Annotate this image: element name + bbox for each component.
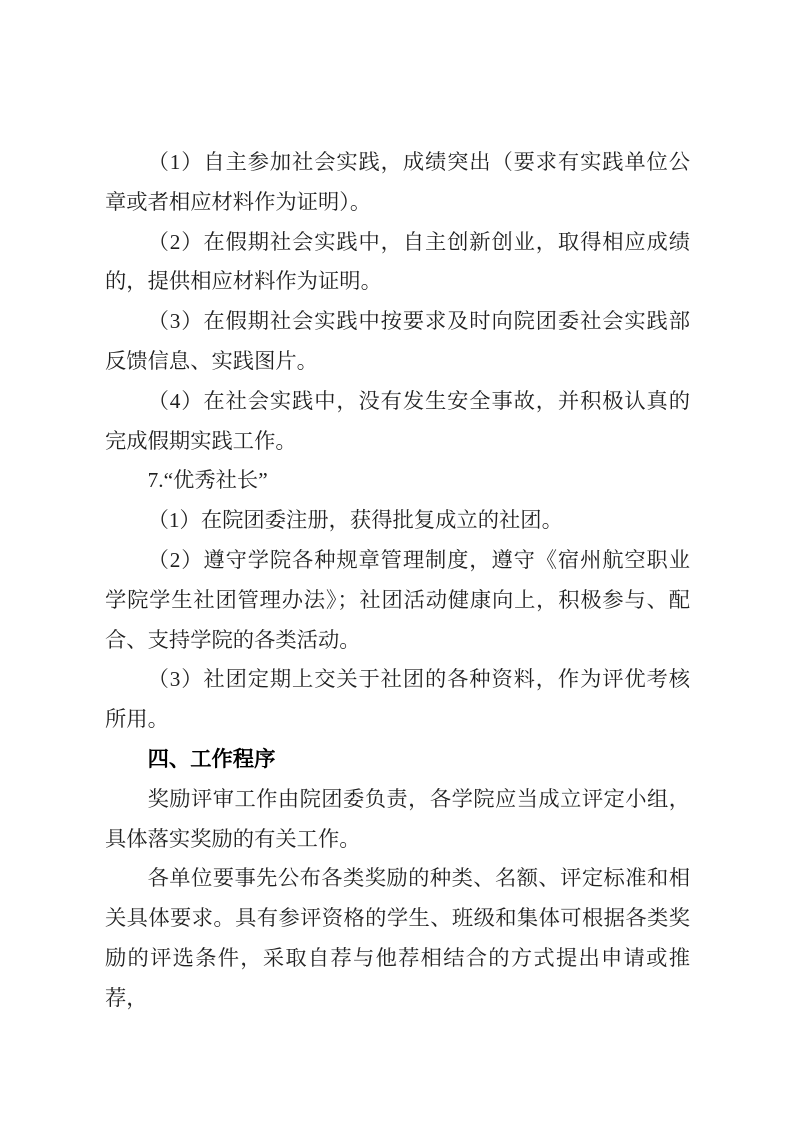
section-heading: 四、工作程序 — [105, 740, 690, 780]
document-page: （1）自主参加社会实践，成绩突出（要求有实践单位公章或者相应材料作为证明）。 （… — [0, 0, 793, 1122]
paragraph-procedure-1: 奖励评审工作由院团委负责，各学院应当成立评定小组，具体落实奖励的有关工作。 — [105, 780, 690, 860]
paragraph-award-title-7: 7.“优秀社长” — [105, 461, 690, 501]
paragraph-practice-item-1: （1）自主参加社会实践，成绩突出（要求有实践单位公章或者相应材料作为证明）。 — [105, 143, 690, 223]
paragraph-practice-item-4: （4）在社会实践中，没有发生安全事故，并积极认真的完成假期实践工作。 — [105, 382, 690, 462]
document-body: （1）自主参加社会实践，成绩突出（要求有实践单位公章或者相应材料作为证明）。 （… — [105, 143, 690, 1019]
paragraph-club-item-2: （2）遵守学院各种规章管理制度，遵守《宿州航空职业学院学生社团管理办法》；社团活… — [105, 541, 690, 660]
paragraph-practice-item-3: （3）在假期社会实践中按要求及时向院团委社会实践部反馈信息、实践图片。 — [105, 302, 690, 382]
paragraph-club-item-3: （3）社团定期上交关于社团的各种资料，作为评优考核所用。 — [105, 660, 690, 740]
paragraph-procedure-2: 各单位要事先公布各类奖励的种类、名额、评定标准和相关具体要求。具有参评资格的学生… — [105, 859, 690, 1018]
paragraph-practice-item-2: （2）在假期社会实践中，自主创新创业，取得相应成绩的，提供相应材料作为证明。 — [105, 223, 690, 303]
paragraph-club-item-1: （1）在院团委注册，获得批复成立的社团。 — [105, 501, 690, 541]
